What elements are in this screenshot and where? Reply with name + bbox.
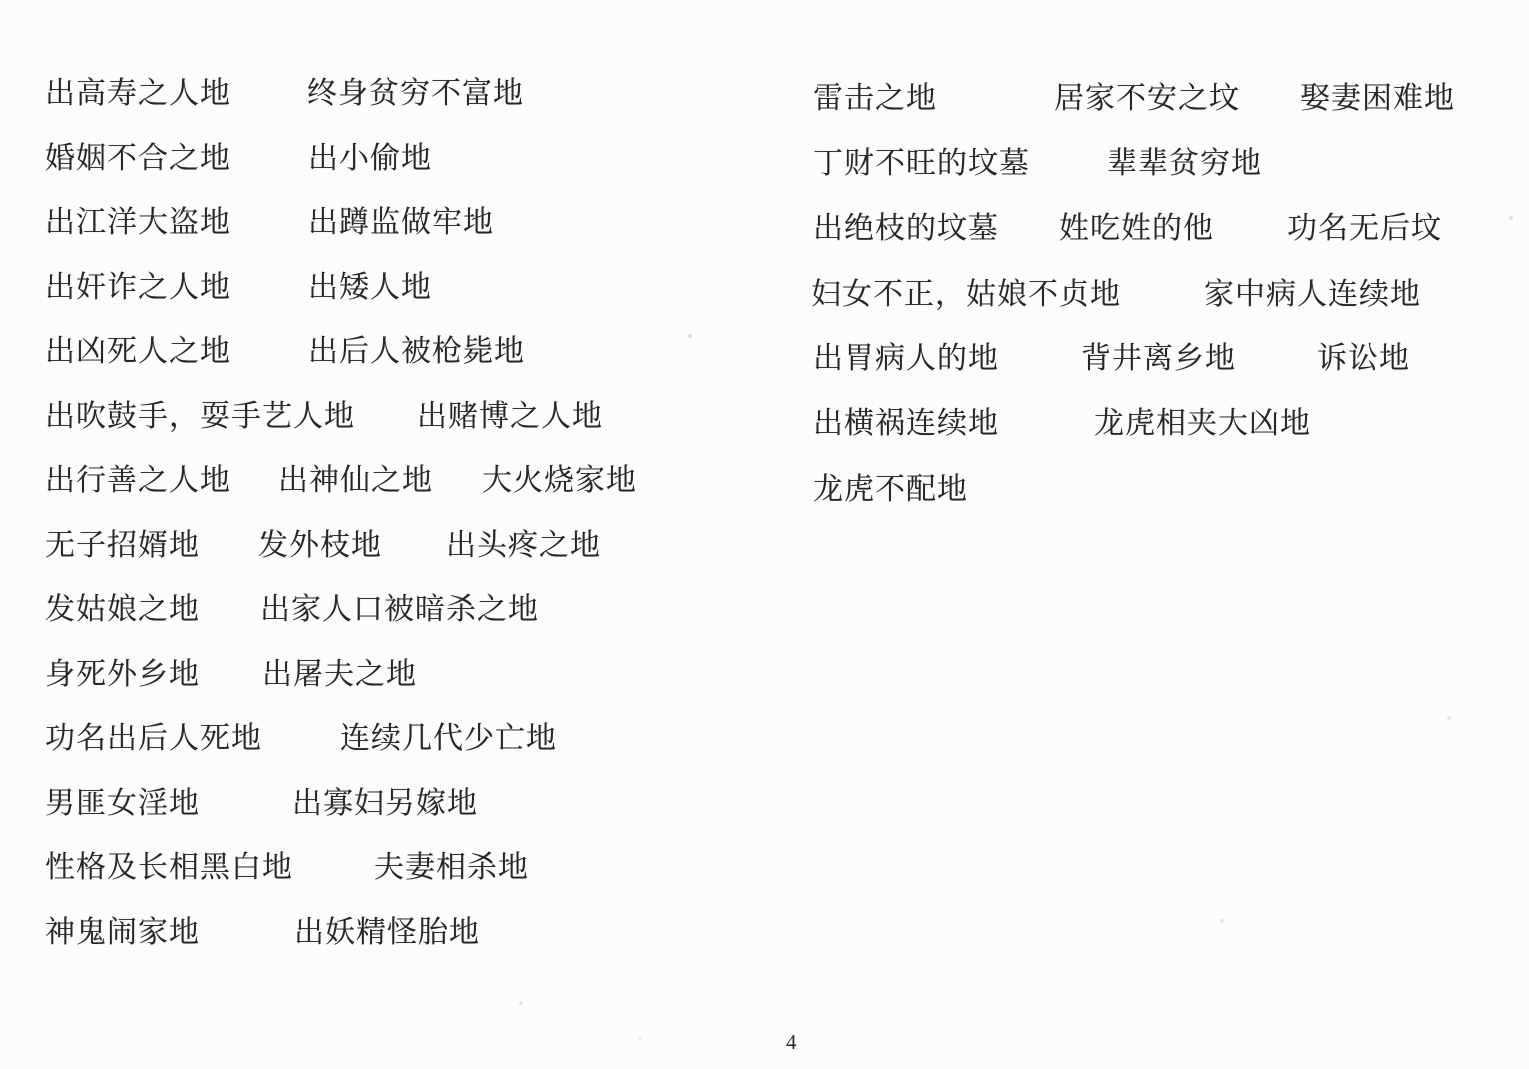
text-phrase: 发姑娘之地 [45,584,200,628]
text-phrase: 发外枝地 [258,520,382,564]
text-phrase: 娶妻困难地 [1300,73,1455,117]
text-row: 发姑娘之地 出家人口被暗杀之地 [0,584,1529,624]
text-row: 出绝枝的坟墓 姓吃姓的他 功名无后坟 [0,203,1529,243]
text-phrase: 辈辈贫穷地 [1107,138,1262,182]
text-phrase: 姓吃姓的他 [1059,203,1214,247]
text-phrase: 神鬼闹家地 [45,907,200,951]
text-row: 雷击之地 居家不安之坟 娶妻困难地 [0,73,1529,113]
text-phrase: 性格及长相黑白地 [45,842,293,886]
text-phrase: 妇女不正，姑娘不贞地 [811,269,1121,313]
page-number: 4 [786,1030,797,1055]
text-phrase: 出妖精怪胎地 [294,907,480,951]
text-row: 出横祸连续地 龙虎相夹大凶地 [0,398,1529,438]
text-phrase: 功名无后坟 [1287,203,1442,247]
text-row: 性格及长相黑白地 夫妻相杀地 [0,842,1529,882]
text-row: 无子招婿地 发外枝地 出头疼之地 [0,520,1529,560]
text-phrase: 出胃病人的地 [813,333,999,377]
text-phrase: 出绝枝的坟墓 [813,203,999,247]
text-phrase: 无子招婿地 [45,520,200,564]
text-phrase: 丁财不旺的坟墓 [813,138,1030,182]
text-phrase: 龙虎不配地 [813,464,968,508]
text-phrase: 身死外乡地 [45,649,200,693]
text-phrase: 出寡妇另嫁地 [292,778,478,822]
text-phrase: 雷击之地 [813,73,937,117]
text-phrase: 连续几代少亡地 [340,713,557,757]
text-row: 妇女不正，姑娘不贞地 家中病人连续地 [0,269,1529,309]
text-phrase: 功名出后人死地 [45,713,262,757]
text-row: 丁财不旺的坟墓 辈辈贫穷地 [0,138,1529,178]
text-row: 出胃病人的地 背井离乡地 诉讼地 [0,333,1529,373]
text-row: 身死外乡地 出屠夫之地 [0,649,1529,689]
text-phrase: 男匪女淫地 [45,778,200,822]
text-phrase: 背井离乡地 [1081,333,1236,377]
text-phrase: 出横祸连续地 [813,398,999,442]
text-phrase: 出头疼之地 [446,520,601,564]
text-phrase: 夫妻相杀地 [374,842,529,886]
text-row: 神鬼闹家地 出妖精怪胎地 [0,907,1529,947]
text-phrase: 出屠夫之地 [262,649,417,693]
scanned-page: 出高寿之人地 终身贫穷不富地 婚姻不合之地 出小偷地 出江洋大盗地 出蹲监做牢地… [0,0,1529,1069]
text-row: 功名出后人死地 连续几代少亡地 [0,713,1529,753]
text-row: 龙虎不配地 [0,464,1529,504]
text-phrase: 家中病人连续地 [1204,269,1421,313]
text-row: 男匪女淫地 出寡妇另嫁地 [0,778,1529,818]
text-phrase: 诉讼地 [1317,333,1410,377]
text-phrase: 出家人口被暗杀之地 [260,584,539,628]
text-phrase: 居家不安之坟 [1054,73,1240,117]
text-phrase: 龙虎相夹大凶地 [1094,398,1311,442]
